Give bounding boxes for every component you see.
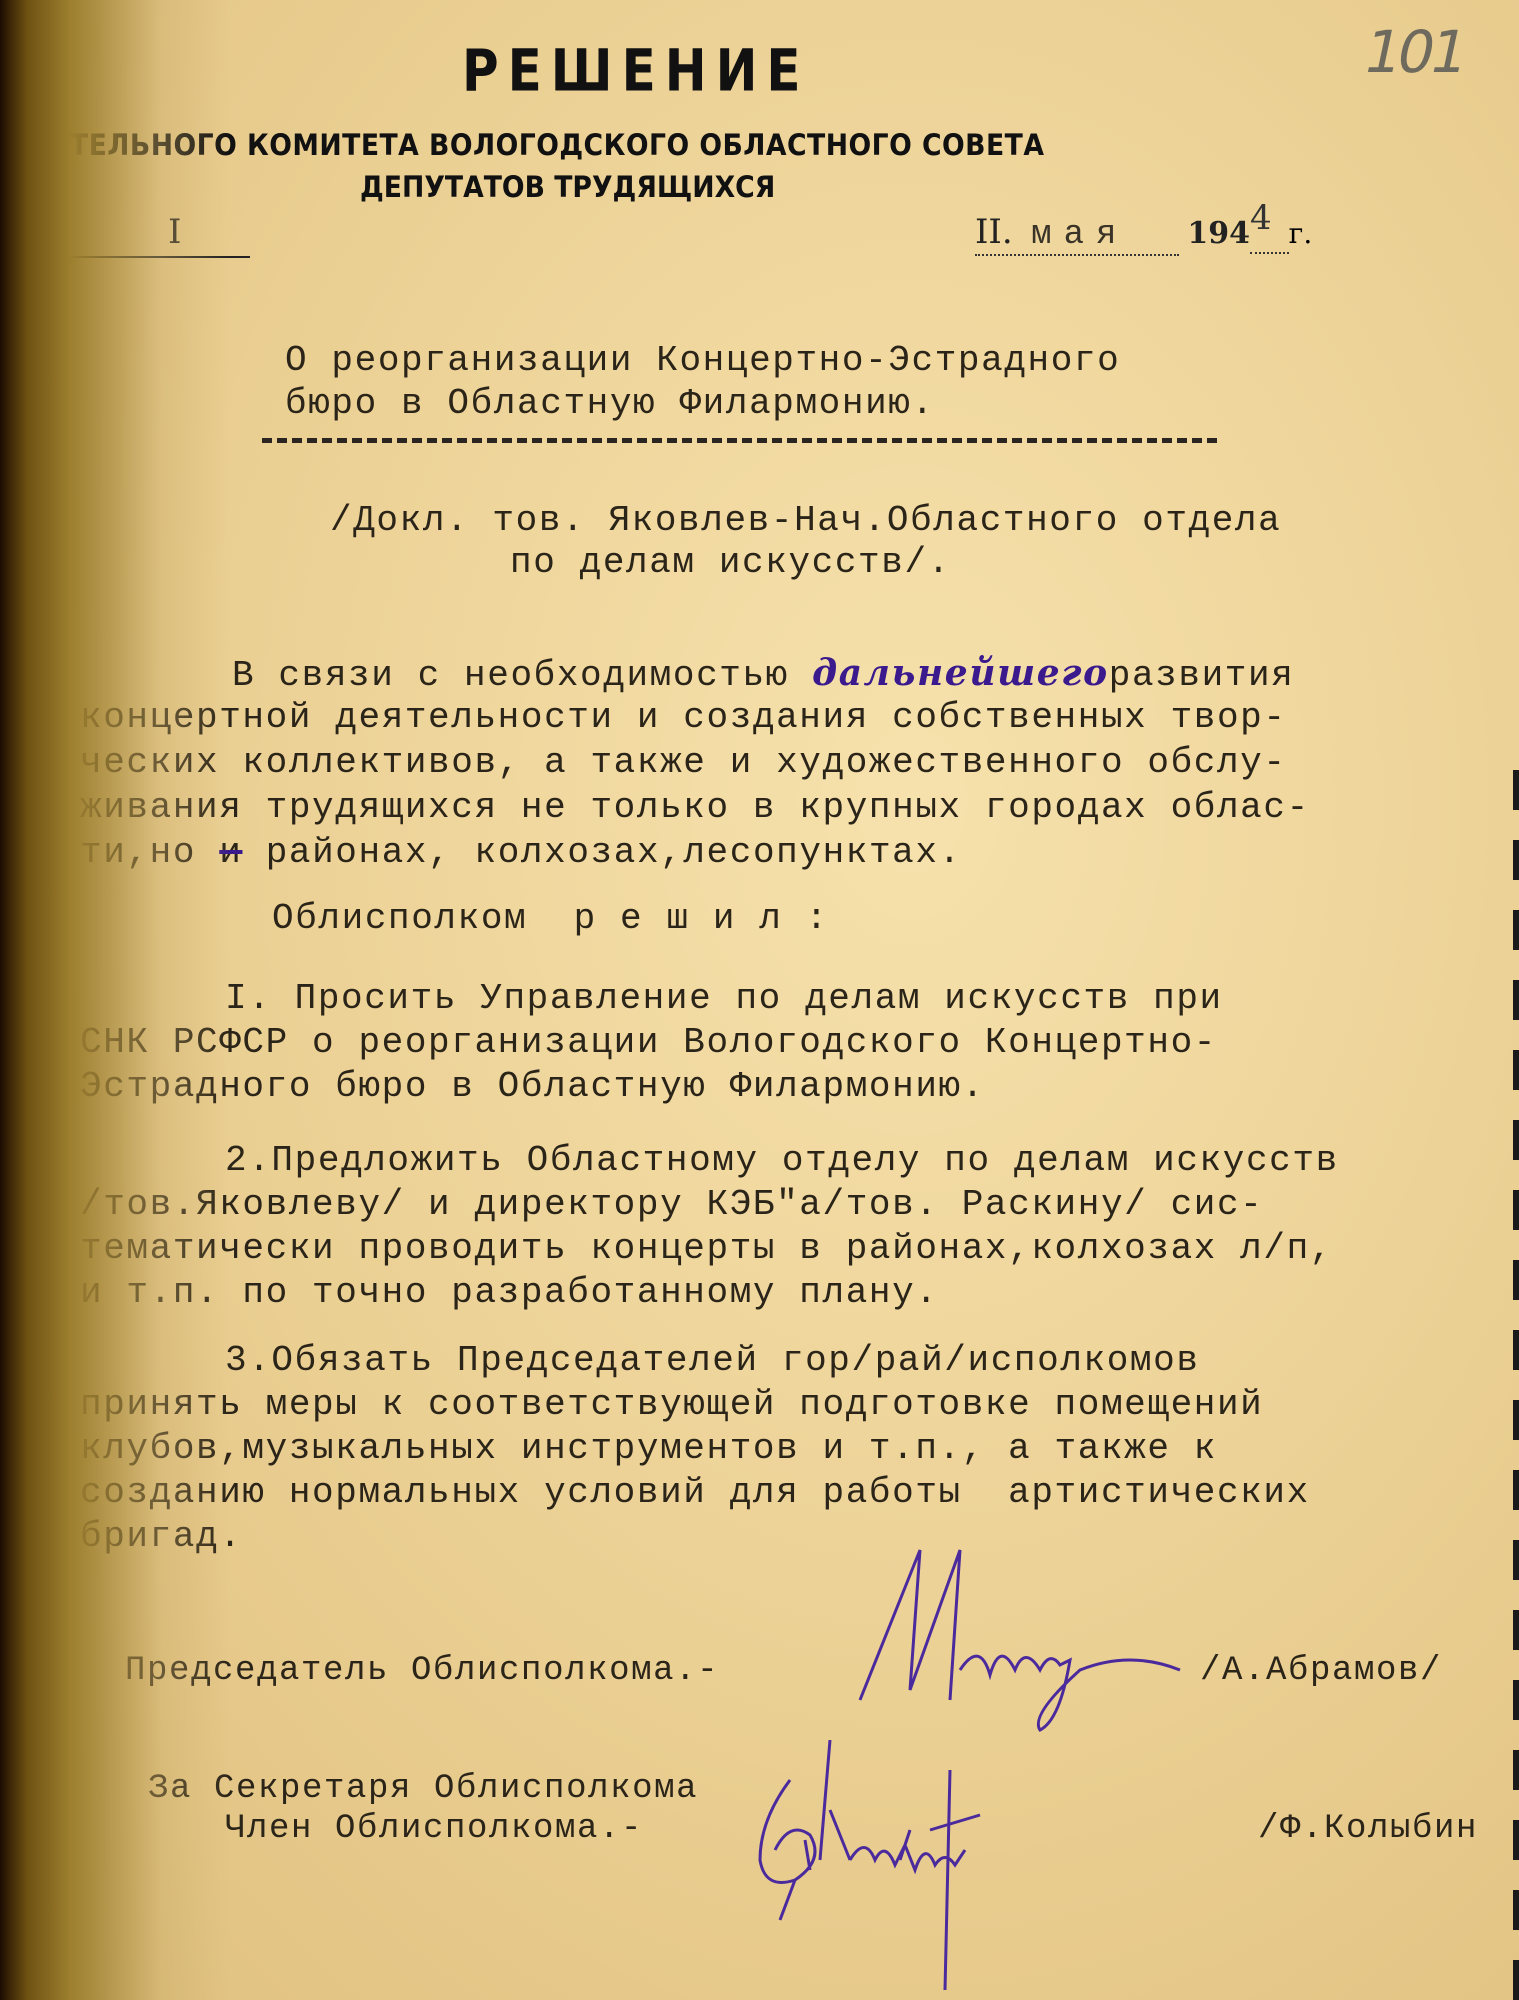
- document-page: 101 РЕШЕНИЕ …ИТЕЛЬНОГО КОМИТЕТА ВОЛОГОДС…: [0, 0, 1519, 2000]
- date-day: II.: [975, 212, 1013, 252]
- signatory-2-role-line-1: За Секретаря Облисполкома: [148, 1770, 698, 1808]
- signatory-1-name: /А.Абрамов/: [1200, 1652, 1442, 1690]
- signatory-2-role-line-2: Член Облисполкома.-: [225, 1810, 643, 1848]
- preamble-line-2: концертной деятельности и создания собст…: [80, 697, 1287, 738]
- item-2-line-2: /тов.Яковлеву/ и директору КЭБ"а/тов. Ра…: [80, 1184, 1263, 1225]
- item-1-line-1: I. Просить Управление по делам искусств …: [225, 978, 1223, 1019]
- number-underline: [60, 256, 250, 258]
- signature-1-icon: [850, 1540, 1190, 1740]
- date-month: мая: [1031, 216, 1128, 254]
- report-line-1: /Докл. тов. Яковлев-Нач.Областного отдел…: [330, 500, 1281, 541]
- preamble-text: ти,но: [80, 832, 196, 873]
- binding-shadow: [0, 0, 230, 2000]
- folio-number: 101: [1358, 18, 1471, 86]
- item-1-line-2: СНК РСФСР о реорганизации Вологодского К…: [80, 1022, 1217, 1063]
- report-line-2: по делам искусств/.: [510, 542, 951, 583]
- item-2-line-1: 2.Предложить Областному отделу по делам …: [225, 1140, 1339, 1181]
- preamble-text: районах, колхозах,лесопунктах.: [266, 832, 962, 873]
- item-3-line-3: клубов,музыкальных инструментов и т.п., …: [80, 1428, 1217, 1469]
- subject-separator: [262, 438, 1217, 443]
- item-1-line-3: Эстрадного бюро в Областную Филармонию.: [80, 1066, 985, 1107]
- organization-line-1: …ИТЕЛЬНОГО КОМИТЕТА ВОЛОГОДСКОГО ОБЛАСТН…: [20, 128, 1044, 162]
- page-edge: [1513, 770, 1519, 2000]
- document-number: I: [168, 212, 181, 252]
- item-3-line-2: принять меры к соответствующей подготовк…: [80, 1384, 1263, 1425]
- date-year-prefix: 194: [1187, 216, 1250, 251]
- preamble-line-3: ческих коллективов, а также и художестве…: [80, 742, 1287, 783]
- organization-line-2: ДЕПУТАТОВ ТРУДЯЩИХСЯ: [360, 170, 775, 204]
- item-3-line-4: созданию нормальных условий для работы а…: [80, 1472, 1310, 1513]
- signatory-1-role: Председатель Облисполкома.-: [125, 1652, 719, 1690]
- date-year-unit: г.: [1289, 217, 1313, 250]
- subject-line-1: О реорганизации Концертно-Эстрадного: [285, 340, 1120, 381]
- preamble-line-4: живания трудящихся не только в крупных г…: [80, 787, 1310, 828]
- document-date: II. мая 1944 г.: [975, 212, 1312, 256]
- handwritten-insert: дальнейшего: [812, 652, 1109, 694]
- item-3-line-5: бригад.: [80, 1516, 242, 1557]
- date-year-suffix: 4: [1250, 198, 1272, 238]
- document-title: РЕШЕНИЕ: [462, 38, 810, 105]
- struck-text: и: [219, 832, 242, 873]
- resolution-intro: Облисполком р е ш и л :: [272, 898, 829, 939]
- signatory-2-name: /Ф.Колыбин: [1258, 1810, 1478, 1848]
- preamble-line-1: В связи с необходимостью дальнейшегоразв…: [232, 652, 1294, 696]
- preamble-line-5: ти,но и районах, колхозах,лесопунктах.: [80, 832, 962, 873]
- preamble-text: развития: [1109, 655, 1295, 696]
- item-3-line-1: 3.Обязать Председателей гор/рай/исполком…: [225, 1340, 1200, 1381]
- signature-2-icon: [750, 1740, 1150, 2000]
- item-2-line-3: тематически проводить концерты в районах…: [80, 1228, 1333, 1269]
- preamble-text: В связи с необходимостью: [232, 655, 789, 696]
- subject-line-2: бюро в Областную Филармонию.: [285, 383, 935, 424]
- item-2-line-4: и т.п. по точно разработанному плану.: [80, 1272, 939, 1313]
